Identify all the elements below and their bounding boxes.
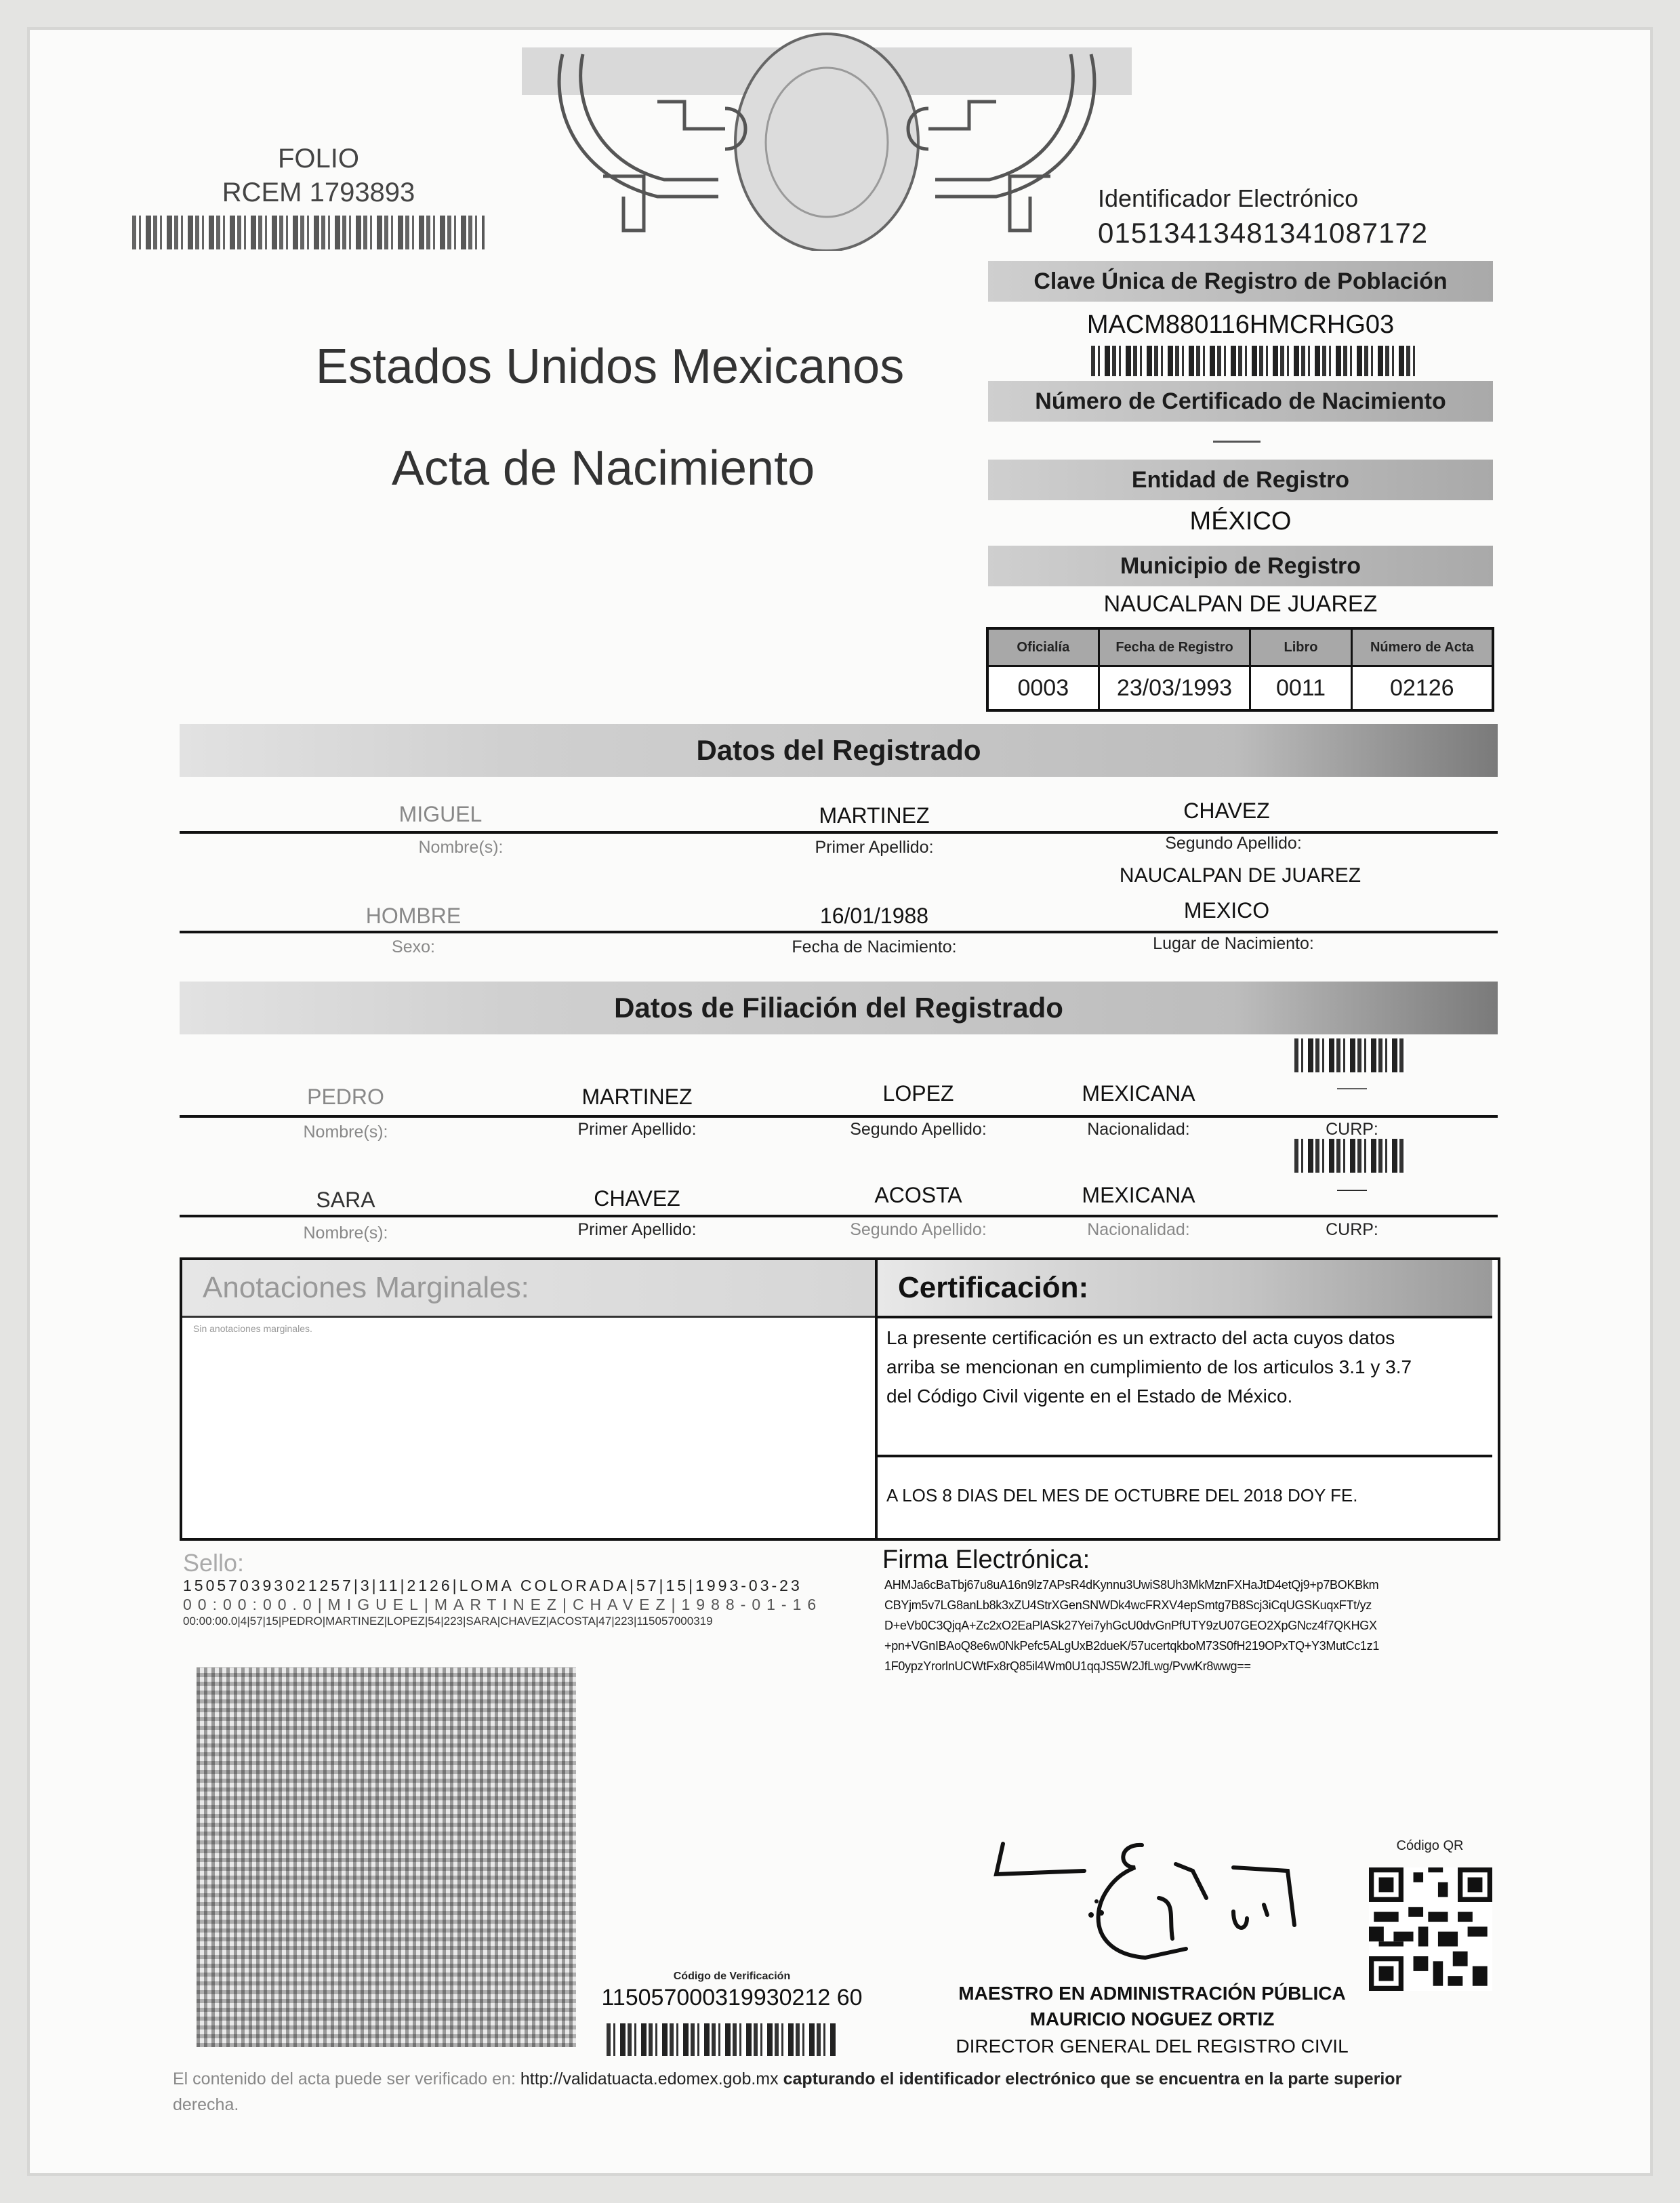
table-header-libro: Libro	[1250, 628, 1351, 666]
footer-suffix-2: derecha.	[173, 2095, 239, 2114]
father-nombre: PEDRO	[251, 1085, 441, 1110]
signature-icon	[989, 1837, 1315, 1966]
border-top	[0, 0, 1680, 20]
table-cell-libro: 0011	[1250, 666, 1351, 711]
verificacion-label: Código de Verificación	[630, 1970, 834, 1983]
divider	[180, 1215, 1498, 1217]
signatory-name: MAURICIO NOGUEZ ORTIZ	[915, 2008, 1389, 2030]
father-label-nombre: Nombre(s):	[251, 1123, 441, 1142]
sello-label: Sello:	[183, 1549, 244, 1577]
mother-curp: ——	[1301, 1181, 1403, 1198]
section-datos-filiacion: Datos de Filiación del Registrado	[180, 982, 1498, 1034]
border-bottom	[0, 2183, 1680, 2203]
verificacion-value: 115057000319930212 60	[596, 1985, 867, 2011]
mother-curp-barcode	[1294, 1139, 1406, 1173]
firma-line-2: CBYjm5v7LG8anLb8k3xZU4StrXGenSNWDk4wcFRX…	[884, 1598, 1372, 1613]
cert-number-value	[1213, 441, 1261, 443]
divider	[180, 1115, 1498, 1118]
divider	[182, 1316, 875, 1318]
identificador-label: Identificador Electrónico	[1098, 184, 1450, 213]
registration-table: Oficialía Fecha de Registro Libro Número…	[986, 627, 1494, 712]
curp-label: Clave Única de Registro de Población	[988, 261, 1493, 302]
label-nombre: Nombre(s):	[352, 838, 569, 857]
birth-certificate-sheet: FOLIO RCEM 1793893 Identificador Electró…	[0, 0, 1680, 2203]
mother-label-primer-apellido: Primer Apellido:	[535, 1220, 739, 1240]
document-title: Acta de Nacimiento	[339, 441, 867, 496]
qr-code-icon	[1369, 1867, 1492, 1991]
sello-line-3: 00:00:00.0|4|57|15|PEDRO|MARTINEZ|LOPEZ|…	[183, 1615, 713, 1628]
firma-line-5: 1F0ypzYrorlnUCWtFx8rQ85il4Wm0U1qqJS5W2Jf…	[884, 1659, 1251, 1674]
entidad-label: Entidad de Registro	[988, 460, 1493, 500]
table-header-fecha-registro: Fecha de Registro	[1099, 628, 1250, 666]
mother-label-curp: CURP:	[1301, 1220, 1403, 1240]
label-lugar-nacimiento: Lugar de Nacimiento:	[1098, 934, 1369, 954]
label-primer-apellido: Primer Apellido:	[739, 838, 1010, 857]
label-sexo: Sexo:	[305, 937, 522, 957]
certificacion-line-2: arriba se mencionan en cumplimiento de l…	[886, 1352, 1412, 1381]
father-label-curp: CURP:	[1301, 1120, 1403, 1139]
sello-line-1: 150570393021257|3|11|2126|LOMA COLORADA|…	[183, 1577, 802, 1595]
qr-label: Código QR	[1369, 1838, 1491, 1854]
curp-barcode	[1091, 346, 1416, 376]
certificacion-fecha: A LOS 8 DIAS DEL MES DE OCTUBRE DEL 2018…	[886, 1481, 1358, 1510]
identificador-value: 01513413481341087172	[1098, 217, 1416, 249]
registrado-nombre: MIGUEL	[332, 802, 549, 827]
country-title: Estados Unidos Mexicanos	[298, 339, 922, 395]
registrado-primer-apellido: MARTINEZ	[745, 803, 1003, 828]
anotaciones-text: Sin anotaciones marginales.	[193, 1323, 312, 1334]
divider	[878, 1316, 1492, 1318]
footer-suffix: capturando el identificador electrónico …	[783, 2069, 1402, 2088]
footer-url[interactable]: http://validatuacta.edomex.gob.mx	[520, 2069, 779, 2088]
lugar-nacimiento-municipio: NAUCALPAN DE JUAREZ	[1084, 864, 1396, 887]
registrado-segundo-apellido: CHAVEZ	[1105, 799, 1349, 824]
mother-nombre: SARA	[251, 1188, 441, 1213]
municipio-value: NAUCALPAN DE JUAREZ	[988, 591, 1493, 618]
curp-value: MACM880116HMCRHG03	[988, 310, 1493, 340]
father-curp: ——	[1301, 1079, 1403, 1097]
sello-line-2: 00:00:00.0|MIGUEL|MARTINEZ|CHAVEZ|1988-0…	[183, 1596, 822, 1614]
firma-label: Firma Electrónica:	[882, 1545, 1090, 1575]
table-header-oficialia: Oficialía	[987, 628, 1099, 666]
father-primer-apellido: MARTINEZ	[535, 1085, 739, 1110]
mother-label-segundo-apellido: Segundo Apellido:	[820, 1220, 1017, 1240]
mother-label-nombre: Nombre(s):	[251, 1224, 441, 1243]
father-nacionalidad: MEXICANA	[1044, 1081, 1233, 1106]
signatory-title-2: DIRECTOR GENERAL DEL REGISTRO CIVIL	[915, 2036, 1389, 2057]
label-fecha-nacimiento: Fecha de Nacimiento:	[739, 937, 1010, 957]
mother-primer-apellido: CHAVEZ	[535, 1186, 739, 1211]
table-cell-numero-acta: 02126	[1351, 666, 1493, 711]
registrado-sexo: HOMBRE	[305, 904, 522, 929]
entidad-value: MÉXICO	[988, 507, 1493, 536]
section-datos-registrado: Datos del Registrado	[180, 724, 1498, 777]
signatory-title-1: MAESTRO EN ADMINISTRACIÓN PÚBLICA	[915, 1983, 1389, 2004]
mother-nacionalidad: MEXICANA	[1044, 1183, 1233, 1208]
table-header-numero-acta: Número de Acta	[1351, 628, 1493, 666]
table-cell-fecha-registro: 23/03/1993	[1099, 666, 1250, 711]
firma-line-3: D+eVb0C3QjqA+Zc2xO2EaPlASk27Yei7yhGcU0dv…	[884, 1619, 1377, 1633]
firma-line-1: AHMJa6cBaTbj67u8uA16n9lz7APsR4dKynnu3Uwi…	[884, 1578, 1378, 1592]
certificacion-title: Certificación:	[878, 1260, 1492, 1316]
mother-segundo-apellido: ACOSTA	[820, 1183, 1017, 1208]
divider	[878, 1455, 1492, 1457]
datamatrix-code-icon	[197, 1668, 576, 2047]
folio-barcode	[132, 216, 485, 249]
father-label-nacionalidad: Nacionalidad:	[1044, 1120, 1233, 1139]
footer-prefix: El contenido del acta puede ser verifica…	[173, 2069, 516, 2088]
verificacion-barcode	[607, 2023, 837, 2056]
father-label-segundo-apellido: Segundo Apellido:	[820, 1120, 1017, 1139]
mother-label-nacionalidad: Nacionalidad:	[1044, 1220, 1233, 1240]
certificacion-line-1: La presente certificación es un extracto…	[886, 1323, 1395, 1352]
father-segundo-apellido: LOPEZ	[820, 1081, 1017, 1106]
lugar-nacimiento-estado: MEXICO	[1105, 898, 1349, 923]
cert-number-label: Número de Certificado de Nacimiento	[988, 381, 1493, 422]
divider	[180, 931, 1498, 933]
firma-line-4: +pn+VGnIBAoQ8e6w0NkPefc5ALgUxB2dueK/57uc…	[884, 1639, 1379, 1653]
folio-label: FOLIO	[244, 144, 393, 174]
registrado-fecha-nacimiento: 16/01/1988	[745, 904, 1003, 929]
coat-of-arms-emblem-icon	[522, 27, 1132, 251]
folio-value: RCEM 1793893	[169, 178, 468, 208]
footer-verification-note: El contenido del acta puede ser verifica…	[173, 2066, 1515, 2118]
father-label-primer-apellido: Primer Apellido:	[535, 1120, 739, 1139]
anotaciones-title: Anotaciones Marginales:	[182, 1260, 875, 1316]
table-cell-oficialia: 0003	[987, 666, 1099, 711]
father-curp-barcode	[1294, 1038, 1406, 1072]
municipio-label: Municipio de Registro	[988, 546, 1493, 586]
certificacion-line-3: del Código Civil vigente en el Estado de…	[886, 1381, 1292, 1411]
label-segundo-apellido: Segundo Apellido:	[1098, 834, 1369, 853]
